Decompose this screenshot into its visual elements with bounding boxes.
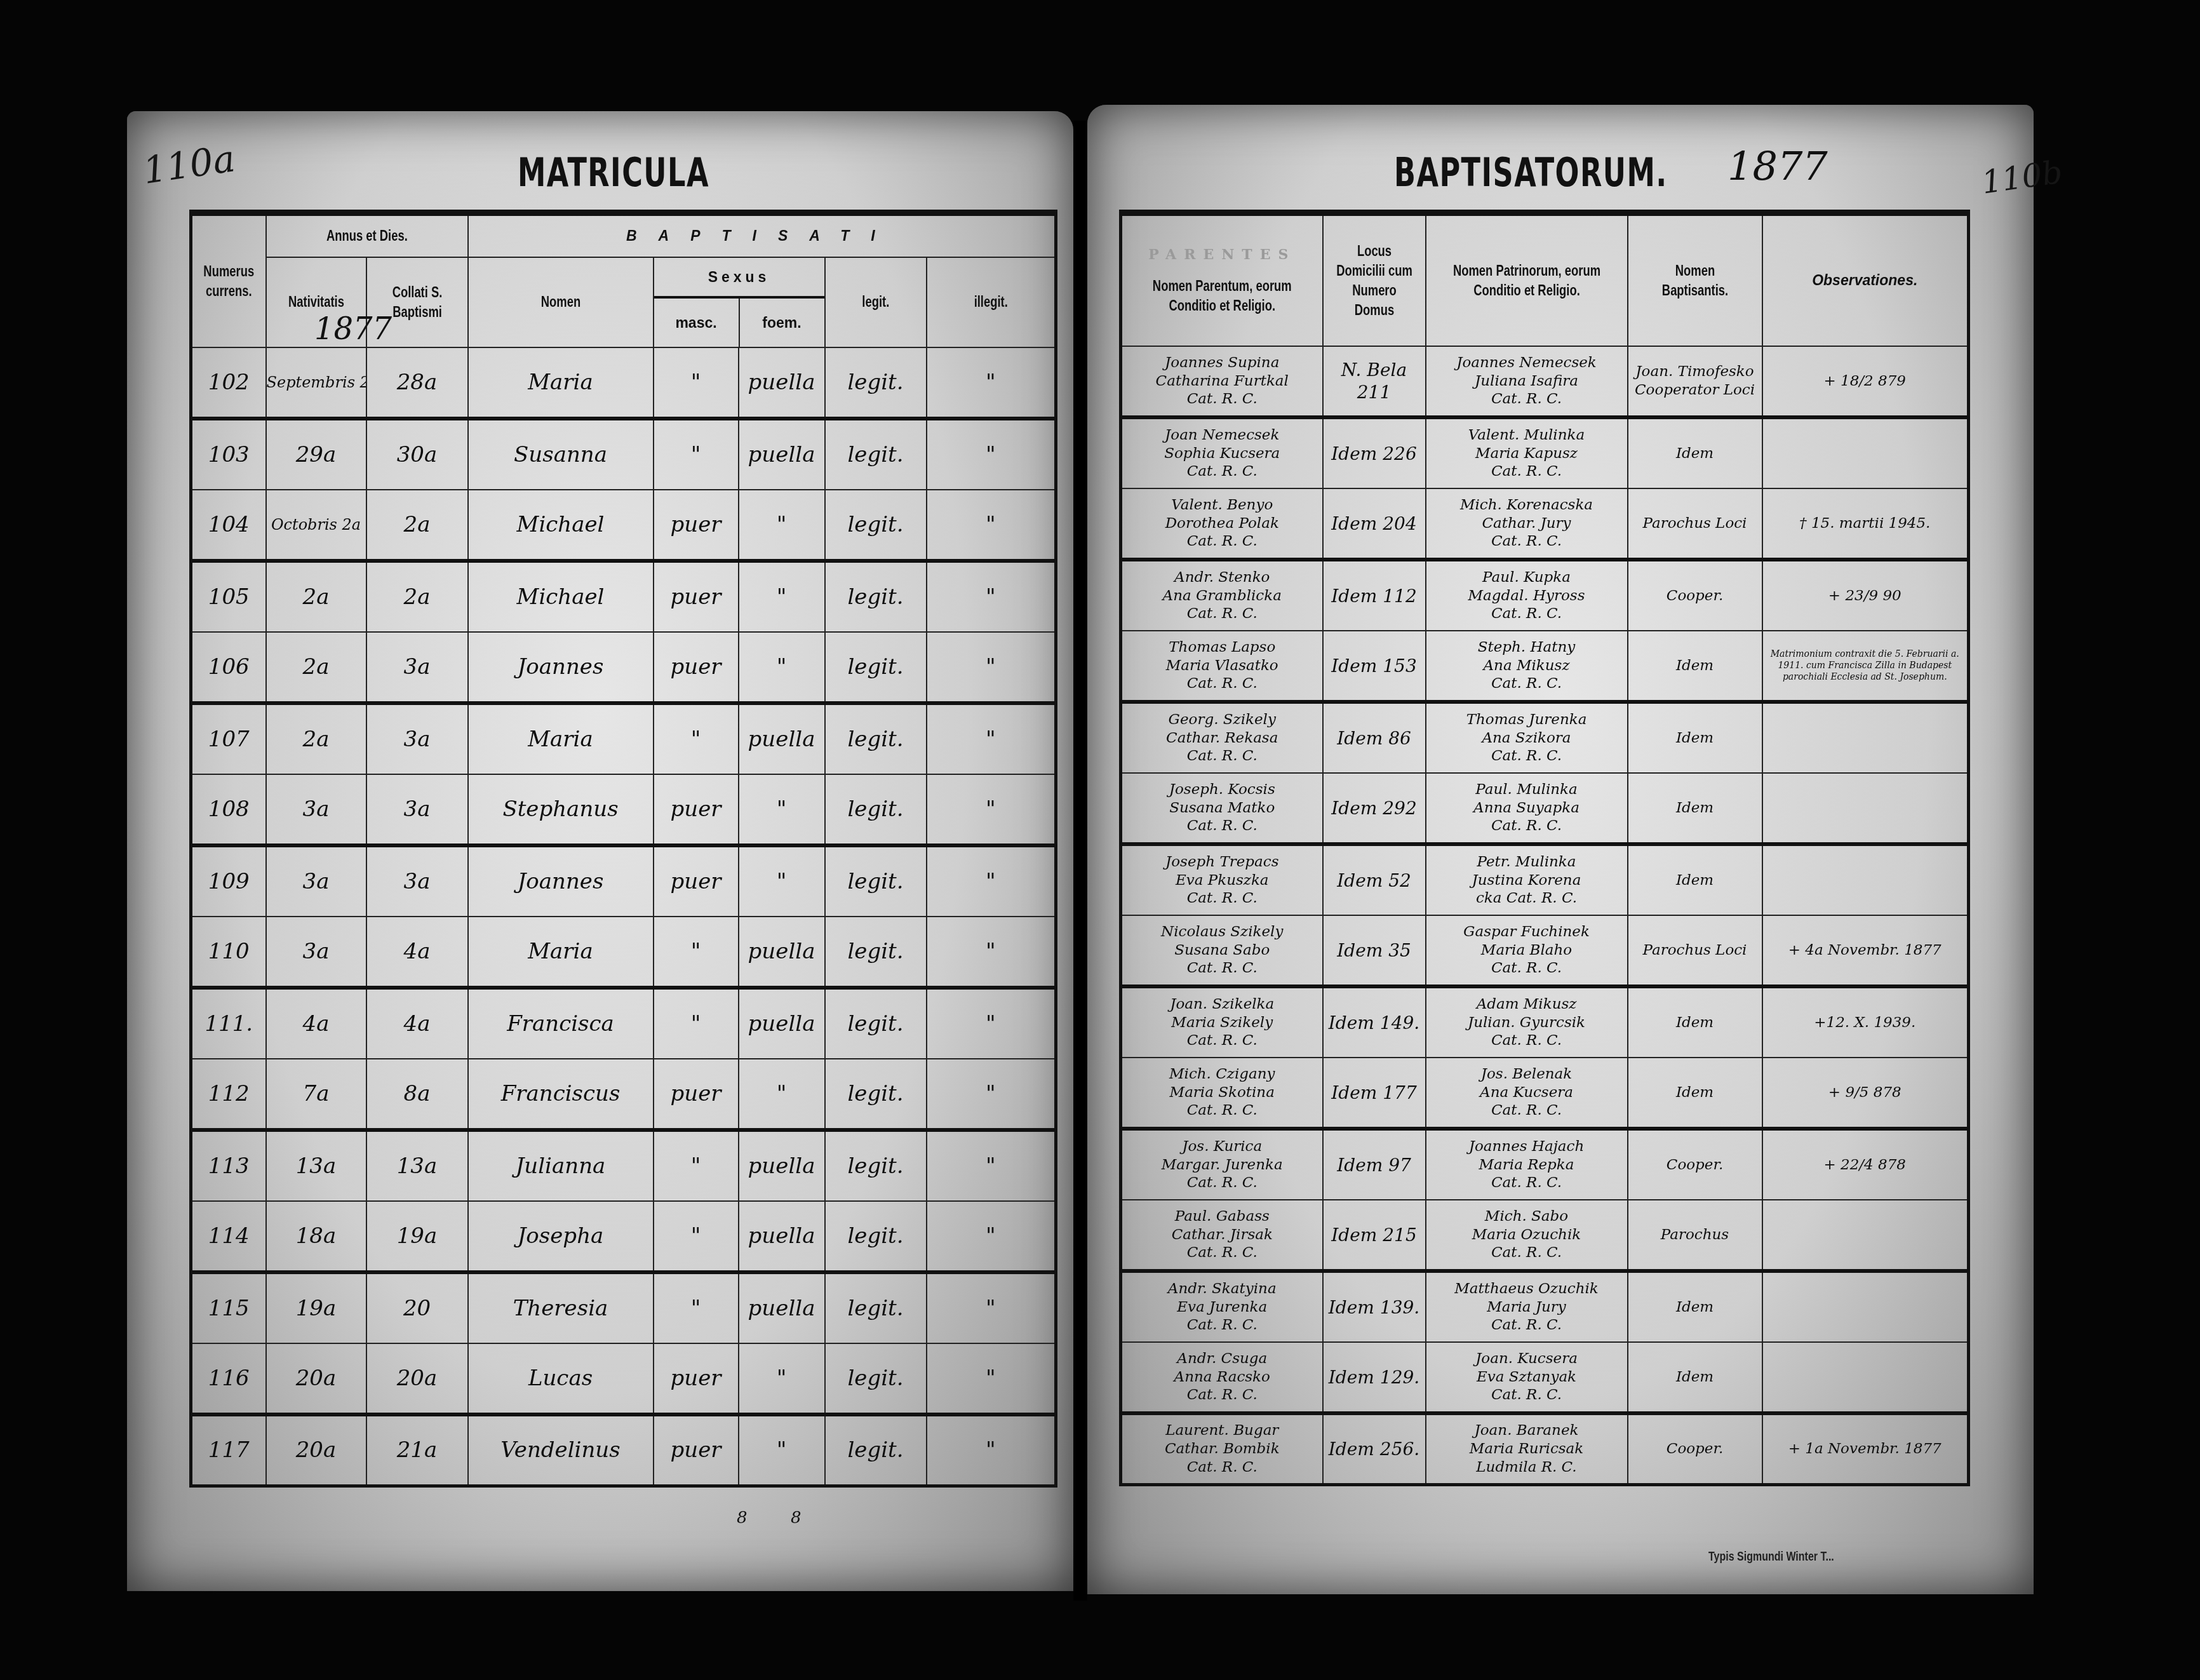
parents-cell-line: Andr. Csuga bbox=[1122, 1350, 1322, 1368]
baptizer-cell-line: Idem bbox=[1628, 871, 1762, 890]
sex-foem: " bbox=[739, 490, 825, 561]
baptism-date: 8a bbox=[366, 1059, 468, 1130]
parents-cell-line: Cat. R. C. bbox=[1122, 605, 1322, 623]
godparents-cell-line: Thomas Jurenka bbox=[1426, 711, 1627, 729]
godparents-cell-line: Mich. Korenacska bbox=[1426, 496, 1627, 514]
domicile-cell: Idem 112 bbox=[1323, 560, 1426, 631]
baptism-register-left-table: Numerus currens. Annus et Dies. BAPTISAT… bbox=[189, 210, 1057, 1488]
right-year-annotation: 1877 bbox=[1727, 143, 1828, 189]
parents-cell-line: Cathar. Jirsak bbox=[1122, 1226, 1322, 1244]
header-parentes: PARENTES Nomen Parentum, eorum Conditio … bbox=[1121, 213, 1323, 346]
baptizer-cell: Idem bbox=[1628, 773, 1762, 844]
legitimate: legit. bbox=[825, 1272, 927, 1343]
godparents-cell-line: Cat. R. C. bbox=[1426, 1316, 1627, 1334]
parents-cell-line: Cat. R. C. bbox=[1122, 390, 1322, 408]
godparents-cell-line: Maria Kapusz bbox=[1426, 445, 1627, 463]
parents-cell: Valent. BenyoDorothea PolakCat. R. C. bbox=[1121, 488, 1323, 560]
godparents-cell-line: Paul. Kupka bbox=[1426, 568, 1627, 587]
legitimate: legit. bbox=[825, 845, 927, 917]
godparents-cell-line: Paul. Mulinka bbox=[1426, 781, 1627, 799]
parents-cell: Mich. CziganyMaria SkotinaCat. R. C. bbox=[1121, 1058, 1323, 1129]
godparents-cell-line: Maria Ruricsak bbox=[1426, 1440, 1627, 1458]
godparents-cell-line: Cat. R. C. bbox=[1426, 1032, 1627, 1050]
register-row-left: 10329a30aSusanna"puellalegit." bbox=[191, 419, 1056, 490]
godparents-cell: Thomas JurenkaAna SzikoraCat. R. C. bbox=[1426, 702, 1628, 773]
sex-foem: puella bbox=[739, 419, 825, 490]
parents-cell-line: Mich. Czigany bbox=[1122, 1065, 1322, 1084]
parents-cell-line: Anna Racsko bbox=[1122, 1368, 1322, 1387]
godparents-cell-line: Justina Korena bbox=[1426, 871, 1627, 890]
child-name: Francisca bbox=[468, 988, 654, 1059]
child-name: Vendelinus bbox=[468, 1415, 654, 1486]
register-row-left: 1127a8aFranciscuspuer"legit." bbox=[191, 1059, 1056, 1130]
baptism-date: 20a bbox=[366, 1343, 468, 1415]
domicile-cell: Idem 139. bbox=[1323, 1271, 1426, 1342]
parents-cell-line: Georg. Szikely bbox=[1122, 711, 1322, 729]
sex-foem: " bbox=[739, 845, 825, 917]
godparents-cell-line: Ana Mikusz bbox=[1426, 657, 1627, 675]
baptism-date: 2a bbox=[366, 561, 468, 632]
parents-cell-line: Cat. R. C. bbox=[1122, 1386, 1322, 1404]
godparents-cell: Gaspar FuchinekMaria BlahoCat. R. C. bbox=[1426, 915, 1628, 986]
parents-cell-line: Cat. R. C. bbox=[1122, 1174, 1322, 1192]
baptism-date: 20 bbox=[366, 1272, 468, 1343]
parents-cell: Thomas LapsoMaria VlasatkoCat. R. C. bbox=[1121, 631, 1323, 702]
register-row-left: 111.4a4aFrancisca"puellalegit." bbox=[191, 988, 1056, 1059]
register-row-right: Andr. StenkoAna GramblickaCat. R. C.Idem… bbox=[1121, 560, 1969, 631]
sex-masc: puer bbox=[654, 845, 739, 917]
sex-foem: " bbox=[739, 561, 825, 632]
register-row-left: 11313a13aJulianna"puellalegit." bbox=[191, 1130, 1056, 1201]
baptizer-cell-line: Cooper. bbox=[1628, 1156, 1762, 1174]
godparents-cell-line: Mich. Sabo bbox=[1426, 1207, 1627, 1226]
godparents-cell: Mich. KorenacskaCathar. JuryCat. R. C. bbox=[1426, 488, 1628, 560]
header-foem: foem. bbox=[740, 299, 824, 347]
entry-number: 105 bbox=[191, 561, 266, 632]
godparents-cell-line: Julian. Gyurcsik bbox=[1426, 1014, 1627, 1032]
godparents-cell-line: Maria Blaho bbox=[1426, 941, 1627, 960]
observations-cell: + 23/9 90 bbox=[1762, 560, 1969, 631]
parents-cell-line: Andr. Skatyina bbox=[1122, 1280, 1322, 1298]
illegitimate: " bbox=[927, 1415, 1056, 1486]
baptism-date: 28a bbox=[366, 347, 468, 419]
parents-cell: Joan. SzikelkaMaria SzikelyCat. R. C. bbox=[1121, 986, 1323, 1058]
godparents-cell: Adam MikuszJulian. GyurcsikCat. R. C. bbox=[1426, 986, 1628, 1058]
domicile-cell: Idem 35 bbox=[1323, 915, 1426, 986]
baptizer-cell-line: Idem bbox=[1628, 1368, 1762, 1387]
godparents-cell-line: Cat. R. C. bbox=[1426, 1101, 1627, 1120]
header-locus-domicilii: Locus Domicilii cum Numero Domus bbox=[1323, 213, 1426, 346]
parents-cell-line: Joan. Szikelka bbox=[1122, 995, 1322, 1014]
legitimate: legit. bbox=[825, 347, 927, 419]
parents-cell-line: Laurent. Bugar bbox=[1122, 1421, 1322, 1440]
baptizer-cell: Parochus bbox=[1628, 1200, 1762, 1271]
parents-cell-line: Eva Jurenka bbox=[1122, 1298, 1322, 1317]
baptizer-cell: Idem bbox=[1628, 702, 1762, 773]
child-name: Susanna bbox=[468, 419, 654, 490]
register-row-left: 1093a3aJoannespuer"legit." bbox=[191, 845, 1056, 917]
baptizer-cell-line: Cooperator Loci bbox=[1628, 381, 1762, 400]
godparents-cell-line: Joannes Hajach bbox=[1426, 1138, 1627, 1156]
legitimate: legit. bbox=[825, 1343, 927, 1415]
baptism-date: 3a bbox=[366, 703, 468, 774]
register-row-left: 1052a2aMichaelpuer"legit." bbox=[191, 561, 1056, 632]
observations-cell: Matrimonium contraxit die 5. Februarii a… bbox=[1762, 631, 1969, 702]
baptizer-cell-line: Idem bbox=[1628, 657, 1762, 675]
sex-masc: puer bbox=[654, 1059, 739, 1130]
register-row-left: 104Octobris 2a2aMichaelpuer"legit." bbox=[191, 490, 1056, 561]
illegitimate: " bbox=[927, 703, 1056, 774]
parents-cell-line: Susana Sabo bbox=[1122, 941, 1322, 960]
entry-number: 116 bbox=[191, 1343, 266, 1415]
sex-foem: " bbox=[739, 1415, 825, 1486]
parents-cell-line: Nicolaus Szikely bbox=[1122, 923, 1322, 941]
parents-cell-line: Cathar. Bombik bbox=[1122, 1440, 1322, 1458]
domicile-cell: Idem 292 bbox=[1323, 773, 1426, 844]
observations-cell bbox=[1762, 417, 1969, 488]
godparents-cell-line: Juliana Isafira bbox=[1426, 372, 1627, 391]
birth-date: 4a bbox=[266, 988, 366, 1059]
godparents-cell: Valent. MulinkaMaria KapuszCat. R. C. bbox=[1426, 417, 1628, 488]
illegitimate: " bbox=[927, 1130, 1056, 1201]
illegitimate: " bbox=[927, 347, 1056, 419]
baptizer-cell: Idem bbox=[1628, 631, 1762, 702]
birth-date: 20a bbox=[266, 1343, 366, 1415]
parents-cell-line: Cat. R. C. bbox=[1122, 1101, 1322, 1120]
register-row-right: Joannes SupinaCatharina FurtkalCat. R. C… bbox=[1121, 346, 1969, 417]
observations-cell: + 9/5 878 bbox=[1762, 1058, 1969, 1129]
parents-cell-line: Maria Szikely bbox=[1122, 1014, 1322, 1032]
baptizer-cell-line: Cooper. bbox=[1628, 1440, 1762, 1458]
baptizer-cell-line: Idem bbox=[1628, 729, 1762, 748]
baptism-date: 2a bbox=[366, 490, 468, 561]
child-name: Josepha bbox=[468, 1201, 654, 1272]
godparents-cell: Joannes NemecsekJuliana IsafiraCat. R. C… bbox=[1426, 346, 1628, 417]
register-row-right: Georg. SzikelyCathar. RekasaCat. R. C.Id… bbox=[1121, 702, 1969, 773]
child-name: Lucas bbox=[468, 1343, 654, 1415]
observations-cell bbox=[1762, 702, 1969, 773]
parents-cell-line: Paul. Gabass bbox=[1122, 1207, 1322, 1226]
register-row-right: Andr. CsugaAnna RacskoCat. R. C.Idem 129… bbox=[1121, 1342, 1969, 1413]
baptizer-cell-line: Idem bbox=[1628, 1298, 1762, 1317]
baptizer-cell-line: Cooper. bbox=[1628, 587, 1762, 605]
godparents-cell: Jos. BelenakAna KucseraCat. R. C. bbox=[1426, 1058, 1628, 1129]
baptizer-cell: Idem bbox=[1628, 1342, 1762, 1413]
legitimate: legit. bbox=[825, 1201, 927, 1272]
illegitimate: " bbox=[927, 1059, 1056, 1130]
baptizer-cell-line: Joan. Timofesko bbox=[1628, 363, 1762, 381]
godparents-cell-line: Matthaeus Ozuchik bbox=[1426, 1280, 1627, 1298]
birth-date: 2a bbox=[266, 632, 366, 703]
illegitimate: " bbox=[927, 490, 1056, 561]
legitimate: legit. bbox=[825, 917, 927, 988]
parents-cell-line: Cat. R. C. bbox=[1122, 1244, 1322, 1262]
parents-cell: Joannes SupinaCatharina FurtkalCat. R. C… bbox=[1121, 346, 1323, 417]
parents-cell: Andr. CsugaAnna RacskoCat. R. C. bbox=[1121, 1342, 1323, 1413]
birth-date: 29a bbox=[266, 419, 366, 490]
header-baptisans: Nomen Baptisantis. bbox=[1628, 213, 1762, 346]
parents-cell: Paul. GabassCathar. JirsakCat. R. C. bbox=[1121, 1200, 1323, 1271]
illegitimate: " bbox=[927, 419, 1056, 490]
child-name: Michael bbox=[468, 561, 654, 632]
sex-masc: " bbox=[654, 1201, 739, 1272]
baptism-date: 13a bbox=[366, 1130, 468, 1201]
baptizer-cell-line: Idem bbox=[1628, 799, 1762, 817]
godparents-cell: Paul. MulinkaAnna SuyapkaCat. R. C. bbox=[1426, 773, 1628, 844]
godparents-cell-line: Cat. R. C. bbox=[1426, 747, 1627, 765]
domicile-cell: Idem 129. bbox=[1323, 1342, 1426, 1413]
parents-cell: Laurent. BugarCathar. BombikCat. R. C. bbox=[1121, 1413, 1323, 1484]
godparents-cell-line: Cat. R. C. bbox=[1426, 1174, 1627, 1192]
child-name: Maria bbox=[468, 347, 654, 419]
sex-masc: " bbox=[654, 988, 739, 1059]
legitimate: legit. bbox=[825, 703, 927, 774]
baptizer-cell: Idem bbox=[1628, 1271, 1762, 1342]
domicile-cell: Idem 149. bbox=[1323, 986, 1426, 1058]
godparents-cell-line: Magdal. Hyross bbox=[1426, 587, 1627, 605]
header-baptisati: BAPTISATI bbox=[468, 213, 1056, 257]
sex-masc: " bbox=[654, 1130, 739, 1201]
godparents-cell-line: Adam Mikusz bbox=[1426, 995, 1627, 1014]
register-row-left: 11418a19aJosepha"puellalegit." bbox=[191, 1201, 1056, 1272]
sex-foem: puella bbox=[739, 1201, 825, 1272]
legitimate: legit. bbox=[825, 419, 927, 490]
domicile-cell: Idem 226 bbox=[1323, 417, 1426, 488]
observations-cell: + 1a Novembr. 1877 bbox=[1762, 1413, 1969, 1484]
entry-number: 115 bbox=[191, 1272, 266, 1343]
sex-masc: puer bbox=[654, 490, 739, 561]
godparents-cell: Joan. BaranekMaria RuricsakLudmila R. C. bbox=[1426, 1413, 1628, 1484]
parents-cell-line: Susana Matko bbox=[1122, 799, 1322, 817]
sex-foem: puella bbox=[739, 988, 825, 1059]
observations-cell bbox=[1762, 773, 1969, 844]
godparents-cell-line: Ana Szikora bbox=[1426, 729, 1627, 748]
parents-cell-line: Sophia Kucsera bbox=[1122, 445, 1322, 463]
observations-cell: + 22/4 878 bbox=[1762, 1129, 1969, 1200]
header-annus-et-dies: Annus et Dies. bbox=[266, 213, 468, 257]
baptizer-cell: Cooper. bbox=[1628, 1129, 1762, 1200]
entry-number: 104 bbox=[191, 490, 266, 561]
entry-number: 110 bbox=[191, 917, 266, 988]
register-row-right: Nicolaus SzikelySusana SaboCat. R. C.Ide… bbox=[1121, 915, 1969, 986]
parents-cell-line: Thomas Lapso bbox=[1122, 638, 1322, 657]
entry-number: 106 bbox=[191, 632, 266, 703]
parents-cell-line: Joseph Trepacs bbox=[1122, 853, 1322, 871]
header-numerus-currens: Numerus currens. bbox=[191, 213, 266, 347]
parents-cell-line: Cat. R. C. bbox=[1122, 1316, 1322, 1334]
parents-cell-line: Maria Vlasatko bbox=[1122, 657, 1322, 675]
child-name: Stephanus bbox=[468, 774, 654, 845]
child-name: Maria bbox=[468, 917, 654, 988]
sex-masc: puer bbox=[654, 561, 739, 632]
baptizer-cell-line: Parochus bbox=[1628, 1226, 1762, 1244]
register-row-left: 11720a21aVendelinuspuer"legit." bbox=[191, 1415, 1056, 1486]
legitimate: legit. bbox=[825, 632, 927, 703]
baptism-register-right-table: PARENTES Nomen Parentum, eorum Conditio … bbox=[1119, 210, 1970, 1486]
sex-foem: " bbox=[739, 632, 825, 703]
child-name: Franciscus bbox=[468, 1059, 654, 1130]
baptizer-cell-line: Parochus Loci bbox=[1628, 941, 1762, 960]
godparents-cell-line: Ludmila R. C. bbox=[1426, 1458, 1627, 1477]
baptizer-cell: Idem bbox=[1628, 844, 1762, 915]
illegitimate: " bbox=[927, 845, 1056, 917]
baptism-date: 4a bbox=[366, 917, 468, 988]
legitimate: legit. bbox=[825, 1059, 927, 1130]
parents-cell-line: Eva Pkuszka bbox=[1122, 871, 1322, 890]
register-row-right: Andr. SkatyinaEva JurenkaCat. R. C.Idem … bbox=[1121, 1271, 1969, 1342]
parents-cell: Joseph. KocsisSusana MatkoCat. R. C. bbox=[1121, 773, 1323, 844]
observations-cell: + 4a Novembr. 1877 bbox=[1762, 915, 1969, 986]
entry-number: 111. bbox=[191, 988, 266, 1059]
sex-masc: puer bbox=[654, 1415, 739, 1486]
godparents-cell-line: Maria Repka bbox=[1426, 1156, 1627, 1174]
header-illegit: illegit. bbox=[927, 257, 1056, 347]
observations-cell bbox=[1762, 1200, 1969, 1271]
parents-cell-line: Cat. R. C. bbox=[1122, 889, 1322, 908]
parents-cell: Joseph TrepacsEva PkuszkaCat. R. C. bbox=[1121, 844, 1323, 915]
baptizer-cell: Joan. TimofeskoCooperator Loci bbox=[1628, 346, 1762, 417]
godparents-cell-line: Joan. Baranek bbox=[1426, 1421, 1627, 1440]
godparents-cell-line: Cat. R. C. bbox=[1426, 675, 1627, 693]
register-row-right: Joan. SzikelkaMaria SzikelyCat. R. C.Ide… bbox=[1121, 986, 1969, 1058]
illegitimate: " bbox=[927, 917, 1056, 988]
parents-cell-line: Cathar. Rekasa bbox=[1122, 729, 1322, 748]
parents-cell-line: Cat. R. C. bbox=[1122, 462, 1322, 481]
register-row-left: 11519a20Theresia"puellalegit." bbox=[191, 1272, 1056, 1343]
godparents-cell-line: Cat. R. C. bbox=[1426, 959, 1627, 978]
register-row-left: 1083a3aStephanuspuer"legit." bbox=[191, 774, 1056, 845]
register-row-left: 1072a3aMaria"puellalegit." bbox=[191, 703, 1056, 774]
godparents-cell-line: Maria Ozuchik bbox=[1426, 1226, 1627, 1244]
legitimate: legit. bbox=[825, 988, 927, 1059]
observations-cell bbox=[1762, 1271, 1969, 1342]
parents-cell: Nicolaus SzikelySusana SaboCat. R. C. bbox=[1121, 915, 1323, 986]
parents-cell-line: Jos. Kurica bbox=[1122, 1138, 1322, 1156]
birth-date: 3a bbox=[266, 845, 366, 917]
entry-number: 112 bbox=[191, 1059, 266, 1130]
domicile-cell: Idem 86 bbox=[1323, 702, 1426, 773]
sex-foem: puella bbox=[739, 1272, 825, 1343]
godparents-cell: Matthaeus OzuchikMaria JuryCat. R. C. bbox=[1426, 1271, 1628, 1342]
baptism-date: 30a bbox=[366, 419, 468, 490]
godparents-cell-line: Gaspar Fuchinek bbox=[1426, 923, 1627, 941]
domicile-cell: Idem 97 bbox=[1323, 1129, 1426, 1200]
godparents-cell-line: Petr. Mulinka bbox=[1426, 853, 1627, 871]
godparents-cell: Petr. MulinkaJustina Korenacka Cat. R. C… bbox=[1426, 844, 1628, 915]
baptism-date: 4a bbox=[366, 988, 468, 1059]
domicile-cell: Idem 153 bbox=[1323, 631, 1426, 702]
parents-cell-line: Joannes Supina bbox=[1122, 354, 1322, 372]
domicile-cell: Idem 177 bbox=[1323, 1058, 1426, 1129]
header-nomen: Nomen bbox=[468, 257, 654, 347]
domicile-cell: Idem 215 bbox=[1323, 1200, 1426, 1271]
entry-number: 109 bbox=[191, 845, 266, 917]
baptizer-cell: Idem bbox=[1628, 1058, 1762, 1129]
parents-cell-line: Margar. Jurenka bbox=[1122, 1156, 1322, 1174]
godparents-cell-line: Cat. R. C. bbox=[1426, 605, 1627, 623]
parents-cell-line: Catharina Furtkal bbox=[1122, 372, 1322, 391]
godparents-cell-line: Anna Suyapka bbox=[1426, 799, 1627, 817]
register-row-left: 102Septembris 27a28aMaria"puellalegit." bbox=[191, 347, 1056, 419]
parents-cell-line: Cat. R. C. bbox=[1122, 959, 1322, 978]
godparents-cell-line: Jos. Belenak bbox=[1426, 1065, 1627, 1084]
left-page-title: MATRICULA bbox=[518, 149, 709, 196]
godparents-cell-line: Steph. Hatny bbox=[1426, 638, 1627, 657]
baptism-date: 21a bbox=[366, 1415, 468, 1486]
baptizer-cell: Cooper. bbox=[1628, 560, 1762, 631]
baptism-date: 3a bbox=[366, 845, 468, 917]
parents-cell-line: Ana Gramblicka bbox=[1122, 587, 1322, 605]
birth-date: 13a bbox=[266, 1130, 366, 1201]
baptism-date: 3a bbox=[366, 632, 468, 703]
entry-number: 107 bbox=[191, 703, 266, 774]
tally-foem: 8 bbox=[791, 1509, 802, 1528]
baptizer-cell-line: Idem bbox=[1628, 1014, 1762, 1032]
baptizer-cell-line: Idem bbox=[1628, 1084, 1762, 1102]
register-row-left: 1103a4aMaria"puellalegit." bbox=[191, 917, 1056, 988]
godparents-cell-line: Maria Jury bbox=[1426, 1298, 1627, 1317]
observations-cell bbox=[1762, 844, 1969, 915]
sex-masc: " bbox=[654, 917, 739, 988]
sex-masc: " bbox=[654, 347, 739, 419]
godparents-cell-line: Cat. R. C. bbox=[1426, 817, 1627, 835]
baptizer-cell: Idem bbox=[1628, 986, 1762, 1058]
birth-date: Octobris 2a bbox=[266, 490, 366, 561]
child-name: Joannes bbox=[468, 632, 654, 703]
register-row-right: Joseph TrepacsEva PkuszkaCat. R. C.Idem … bbox=[1121, 844, 1969, 915]
godparents-cell: Paul. KupkaMagdal. HyrossCat. R. C. bbox=[1426, 560, 1628, 631]
entry-number: 117 bbox=[191, 1415, 266, 1486]
parents-cell-line: Cat. R. C. bbox=[1122, 1032, 1322, 1050]
parents-cell-line: Cat. R. C. bbox=[1122, 532, 1322, 551]
parents-cell: Andr. SkatyinaEva JurenkaCat. R. C. bbox=[1121, 1271, 1323, 1342]
godparents-cell-line: Eva Sztanyak bbox=[1426, 1368, 1627, 1387]
sex-foem: puella bbox=[739, 917, 825, 988]
birth-date: Septembris 27a bbox=[266, 347, 366, 419]
godparents-cell-line: Cat. R. C. bbox=[1426, 1244, 1627, 1262]
child-name: Theresia bbox=[468, 1272, 654, 1343]
header-masc: masc. bbox=[654, 299, 740, 347]
baptizer-cell: Cooper. bbox=[1628, 1413, 1762, 1484]
illegitimate: " bbox=[927, 1343, 1056, 1415]
entry-number: 113 bbox=[191, 1130, 266, 1201]
register-row-right: Joan NemecsekSophia KucseraCat. R. C.Ide… bbox=[1121, 417, 1969, 488]
illegitimate: " bbox=[927, 1272, 1056, 1343]
register-row-right: Valent. BenyoDorothea PolakCat. R. C.Ide… bbox=[1121, 488, 1969, 560]
legitimate: legit. bbox=[825, 1415, 927, 1486]
legitimate: legit. bbox=[825, 1130, 927, 1201]
register-row-right: Joseph. KocsisSusana MatkoCat. R. C.Idem… bbox=[1121, 773, 1969, 844]
illegitimate: " bbox=[927, 988, 1056, 1059]
child-name: Julianna bbox=[468, 1130, 654, 1201]
parents-cell: Georg. SzikelyCathar. RekasaCat. R. C. bbox=[1121, 702, 1323, 773]
printer-imprint: Typis Sigmundi Winter T... bbox=[1708, 1550, 1834, 1564]
child-name: Maria bbox=[468, 703, 654, 774]
register-row-right: Jos. KuricaMargar. JurenkaCat. R. C.Idem… bbox=[1121, 1129, 1969, 1200]
birth-date: 18a bbox=[266, 1201, 366, 1272]
birth-date: 19a bbox=[266, 1272, 366, 1343]
observations-cell: + 18/2 879 bbox=[1762, 346, 1969, 417]
sex-foem: " bbox=[739, 1059, 825, 1130]
year-annotation: 1877 bbox=[314, 311, 392, 347]
sex-foem: " bbox=[739, 1343, 825, 1415]
sex-foem: puella bbox=[739, 1130, 825, 1201]
legitimate: legit. bbox=[825, 490, 927, 561]
birth-date: 7a bbox=[266, 1059, 366, 1130]
parents-cell-line: Valent. Benyo bbox=[1122, 496, 1322, 514]
godparents-cell: Steph. HatnyAna MikuszCat. R. C. bbox=[1426, 631, 1628, 702]
child-name: Joannes bbox=[468, 845, 654, 917]
